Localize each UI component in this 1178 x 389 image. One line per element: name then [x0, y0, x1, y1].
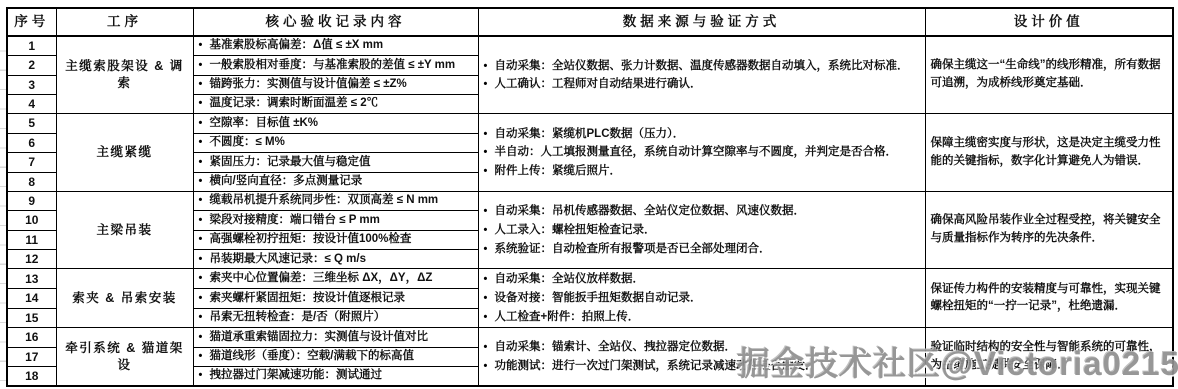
cell-source: 自动采集：全站仪放样数据． 设备对接：智能扳手扭矩数据自动记录． 人工检查+附件…	[478, 269, 925, 328]
cell-no: 7	[7, 153, 56, 172]
table-row: 1 主缆索股架设 & 调索 基准索股标高偏差：Δ值 ≤ ±X mm 自动采集：全…	[7, 36, 1173, 56]
content-text: 不圆度：≤ M%	[210, 136, 285, 148]
content-text: 索夹螺杆紧固扭矩：按设计值逐根记录	[210, 292, 406, 304]
source-line: 自动采集：紧缆机PLC数据（压力）．	[484, 125, 920, 144]
bullet-icon	[199, 291, 210, 307]
cell-content: 温度记录：调索时断面温差 ≤ 2℃	[193, 94, 478, 113]
cell-no: 12	[7, 250, 56, 269]
cell-no: 14	[7, 289, 56, 309]
cell-source: 自动采集：锚索计、全站仪、拽拉器定位数据． 功能测试：进行一次过门架测试，系统记…	[478, 328, 925, 386]
bullet-icon	[199, 330, 210, 346]
source-text: 自动采集：吊机传感器数据、全站仪定位数据、风速仪数据．	[495, 205, 806, 217]
bullet-icon	[199, 77, 210, 93]
bullet-icon	[199, 349, 210, 365]
table-row: 16 牵引系统 & 猫道架设 猫道承重索锚固拉力：实测值与设计值对比 自动采集：…	[7, 328, 1173, 347]
source-text: 功能测试：进行一次过门架测试，系统记录减速动作是否触发．	[495, 360, 817, 372]
bullet-icon	[484, 75, 495, 94]
table-row: 9 主梁吊装 缆载吊机提升系统同步性：双顶高差 ≤ N mm 自动采集：吊机传感…	[7, 191, 1173, 210]
bullet-icon	[199, 368, 210, 384]
bullet-icon	[484, 338, 495, 357]
content-text: 紧固压力：记录最大值与稳定值	[210, 156, 371, 168]
cell-no: 1	[7, 36, 56, 56]
content-text: 温度记录：调索时断面温差 ≤ 2℃	[210, 97, 379, 109]
cell-process: 牵引系统 & 猫道架设	[56, 328, 193, 386]
bullet-icon	[199, 271, 210, 287]
cell-no: 11	[7, 230, 56, 249]
bullet-icon	[484, 308, 495, 327]
table-row: 5 主缆紧缆 空隙率：目标值 ±K% 自动采集：紧缆机PLC数据（压力）． 半自…	[7, 114, 1173, 133]
source-text: 自动采集：锚索计、全站仪、拽拉器定位数据．	[495, 341, 737, 353]
content-text: 一般索股相对垂度：与基准索股的差值 ≤ ±Y mm	[210, 59, 456, 71]
bullet-icon	[484, 357, 495, 376]
cell-content: 拽拉器过门架减速功能：测试通过	[193, 367, 478, 387]
source-text: 自动采集：全站仪放样数据．	[495, 273, 645, 285]
cell-value: 保障主缆密实度与形状，这是决定主缆受力性能的关键指标，数字化计算避免人为错误．	[925, 114, 1173, 192]
content-text: 缆载吊机提升系统同步性：双顶高差 ≤ N mm	[210, 194, 439, 206]
cell-value: 保证传力构件的安装精度与可靠性，实现关键螺栓扭矩的“一拧一记录”，杜绝遗漏．	[925, 269, 1173, 328]
bullet-icon	[484, 125, 495, 144]
bullet-icon	[199, 193, 210, 209]
source-line: 附件上传：紧缆后照片．	[484, 162, 920, 181]
cell-value: 验证临时结构的安全性与智能系统的可靠性，为主缆施工提供安全保障．	[925, 328, 1173, 386]
source-line: 设备对接：智能扳手扭矩数据自动记录．	[484, 289, 920, 308]
cell-no: 2	[7, 56, 56, 75]
source-text: 半自动：人工填报测量直径，系统自动计算空隙率与不圆度，并判定是否合格．	[495, 146, 898, 158]
header-content: 核心验收记录内容	[193, 8, 478, 36]
source-line: 人工确认：工程师对自动结果进行确认．	[484, 75, 920, 94]
bullet-icon	[199, 135, 210, 151]
content-text: 拽拉器过门架减速功能：测试通过	[210, 369, 383, 381]
bullet-icon	[484, 289, 495, 308]
cell-process: 主缆索股架设 & 调索	[56, 36, 193, 114]
content-text: 吊索无扭转检查：是/否（附照片）	[210, 311, 386, 323]
cell-content: 锚跨张力：实测值与设计值偏差 ≤ ±Z%	[193, 75, 478, 94]
source-line: 人工录入：螺栓扭矩检查记录．	[484, 221, 920, 240]
bullet-icon	[199, 213, 210, 229]
header-process: 工序	[56, 8, 193, 36]
source-line: 半自动：人工填报测量直径，系统自动计算空隙率与不圆度，并判定是否合格．	[484, 143, 920, 162]
cell-content: 高强螺栓初拧扭矩：按设计值100%检查	[193, 230, 478, 249]
content-text: 高强螺栓初拧扭矩：按设计值100%检查	[210, 233, 412, 245]
bullet-icon	[484, 202, 495, 221]
cell-content: 基准索股标高偏差：Δ值 ≤ ±X mm	[193, 36, 478, 56]
source-text: 人工录入：螺栓扭矩检查记录．	[495, 224, 656, 236]
source-line: 自动采集：全站仪放样数据．	[484, 270, 920, 289]
cell-no: 6	[7, 133, 56, 152]
cell-source: 自动采集：紧缆机PLC数据（压力）． 半自动：人工填报测量直径，系统自动计算空隙…	[478, 114, 925, 192]
source-text: 附件上传：紧缆后照片．	[495, 165, 622, 177]
bullet-icon	[199, 174, 210, 190]
cell-no: 16	[7, 328, 56, 347]
source-line: 功能测试：进行一次过门架测试，系统记录减速动作是否触发．	[484, 357, 920, 376]
header-row: 序号 工序 核心验收记录内容 数据来源与验证方式 设计价值	[7, 8, 1173, 36]
cell-no: 9	[7, 191, 56, 210]
cell-no: 5	[7, 114, 56, 133]
bullet-icon	[199, 252, 210, 268]
cell-no: 13	[7, 269, 56, 289]
cell-content: 不圆度：≤ M%	[193, 133, 478, 152]
bullet-icon	[484, 270, 495, 289]
cell-content: 吊索无扭转检查：是/否（附照片）	[193, 308, 478, 328]
header-value: 设计价值	[925, 8, 1173, 36]
header-no: 序号	[7, 8, 56, 36]
content-text: 梁段对接精度：端口错台 ≤ P mm	[210, 214, 380, 226]
content-text: 吊装期最大风速记录：≤ Q m/s	[210, 253, 366, 265]
cell-process: 主梁吊装	[56, 191, 193, 269]
cell-no: 17	[7, 347, 56, 366]
cell-no: 18	[7, 367, 56, 387]
cell-content: 一般索股相对垂度：与基准索股的差值 ≤ ±Y mm	[193, 56, 478, 75]
content-text: 空隙率：目标值 ±K%	[210, 117, 319, 129]
cell-process: 主缆紧缆	[56, 114, 193, 192]
header-source: 数据来源与验证方式	[478, 8, 925, 36]
screenshot-canvas: 序号 工序 核心验收记录内容 数据来源与验证方式 设计价值 1 主缆索股架设 &…	[0, 0, 1178, 389]
cell-no: 15	[7, 308, 56, 328]
content-text: 锚跨张力：实测值与设计值偏差 ≤ ±Z%	[210, 78, 407, 90]
cell-value: 确保高风险吊装作业全过程受控，将关键安全与质量指标作为转序的先决条件．	[925, 191, 1173, 269]
acceptance-table: 序号 工序 核心验收记录内容 数据来源与验证方式 设计价值 1 主缆索股架设 &…	[6, 7, 1174, 387]
cell-content: 紧固压力：记录最大值与稳定值	[193, 153, 478, 172]
source-text: 人工检查+附件：拍照上传．	[495, 311, 640, 323]
content-text: 横向/竖向直径：多点测量记录	[210, 175, 363, 187]
bullet-icon	[484, 143, 495, 162]
cell-content: 空隙率：目标值 ±K%	[193, 114, 478, 133]
cell-no: 10	[7, 211, 56, 230]
cell-source: 自动采集：全站仪数据、张力计数据、温度传感器数据自动填入，系统比对标准． 人工确…	[478, 36, 925, 114]
source-line: 系统验证：自动检查所有报警项是否已全部处理闭合．	[484, 240, 920, 259]
source-text: 人工确认：工程师对自动结果进行确认．	[495, 78, 702, 90]
bullet-icon	[199, 38, 210, 54]
content-text: 猫道线形（垂度）：空载/满载下的标高值	[210, 350, 414, 362]
bullet-icon	[199, 232, 210, 248]
bullet-icon	[484, 221, 495, 240]
cell-source: 自动采集：吊机传感器数据、全站仪定位数据、风速仪数据． 人工录入：螺栓扭矩检查记…	[478, 191, 925, 269]
bullet-icon	[199, 155, 210, 171]
cell-no: 3	[7, 75, 56, 94]
bullet-icon	[484, 240, 495, 259]
cell-content: 索夹螺杆紧固扭矩：按设计值逐根记录	[193, 289, 478, 309]
source-text: 系统验证：自动检查所有报警项是否已全部处理闭合．	[495, 243, 771, 255]
cell-content: 横向/竖向直径：多点测量记录	[193, 172, 478, 191]
cell-process: 索夹 & 吊索安装	[56, 269, 193, 328]
source-text: 自动采集：紧缆机PLC数据（压力）．	[495, 128, 685, 140]
table-row: 13 索夹 & 吊索安装 索夹中心位置偏差：三维坐标 ΔX，ΔY，ΔZ 自动采集…	[7, 269, 1173, 289]
content-text: 猫道承重索锚固拉力：实测值与设计值对比	[210, 331, 429, 343]
source-line: 自动采集：吊机传感器数据、全站仪定位数据、风速仪数据．	[484, 202, 920, 221]
source-text: 自动采集：全站仪数据、张力计数据、温度传感器数据自动填入，系统比对标准．	[495, 60, 909, 72]
content-text: 基准索股标高偏差：Δ值 ≤ ±X mm	[210, 39, 384, 51]
cell-content: 缆载吊机提升系统同步性：双顶高差 ≤ N mm	[193, 191, 478, 210]
source-line: 自动采集：锚索计、全站仪、拽拉器定位数据．	[484, 338, 920, 357]
bullet-icon	[484, 162, 495, 181]
cell-content: 吊装期最大风速记录：≤ Q m/s	[193, 250, 478, 269]
bullet-icon	[199, 310, 210, 326]
bullet-icon	[199, 96, 210, 112]
cell-content: 猫道线形（垂度）：空载/满载下的标高值	[193, 347, 478, 366]
bullet-icon	[484, 57, 495, 76]
cell-no: 4	[7, 94, 56, 113]
cell-content: 梁段对接精度：端口错台 ≤ P mm	[193, 211, 478, 230]
source-line: 人工检查+附件：拍照上传．	[484, 308, 920, 327]
content-text: 索夹中心位置偏差：三维坐标 ΔX，ΔY，ΔZ	[210, 272, 433, 284]
bullet-icon	[199, 58, 210, 74]
cell-content: 猫道承重索锚固拉力：实测值与设计值对比	[193, 328, 478, 347]
source-line: 自动采集：全站仪数据、张力计数据、温度传感器数据自动填入，系统比对标准．	[484, 57, 920, 76]
cell-no: 8	[7, 172, 56, 191]
cell-value: 确保主缆这一“生命线”的线形精准，所有数据可追溯，为成桥线形奠定基础．	[925, 36, 1173, 114]
bullet-icon	[199, 116, 210, 132]
source-text: 设备对接：智能扳手扭矩数据自动记录．	[495, 292, 702, 304]
cell-content: 索夹中心位置偏差：三维坐标 ΔX，ΔY，ΔZ	[193, 269, 478, 289]
